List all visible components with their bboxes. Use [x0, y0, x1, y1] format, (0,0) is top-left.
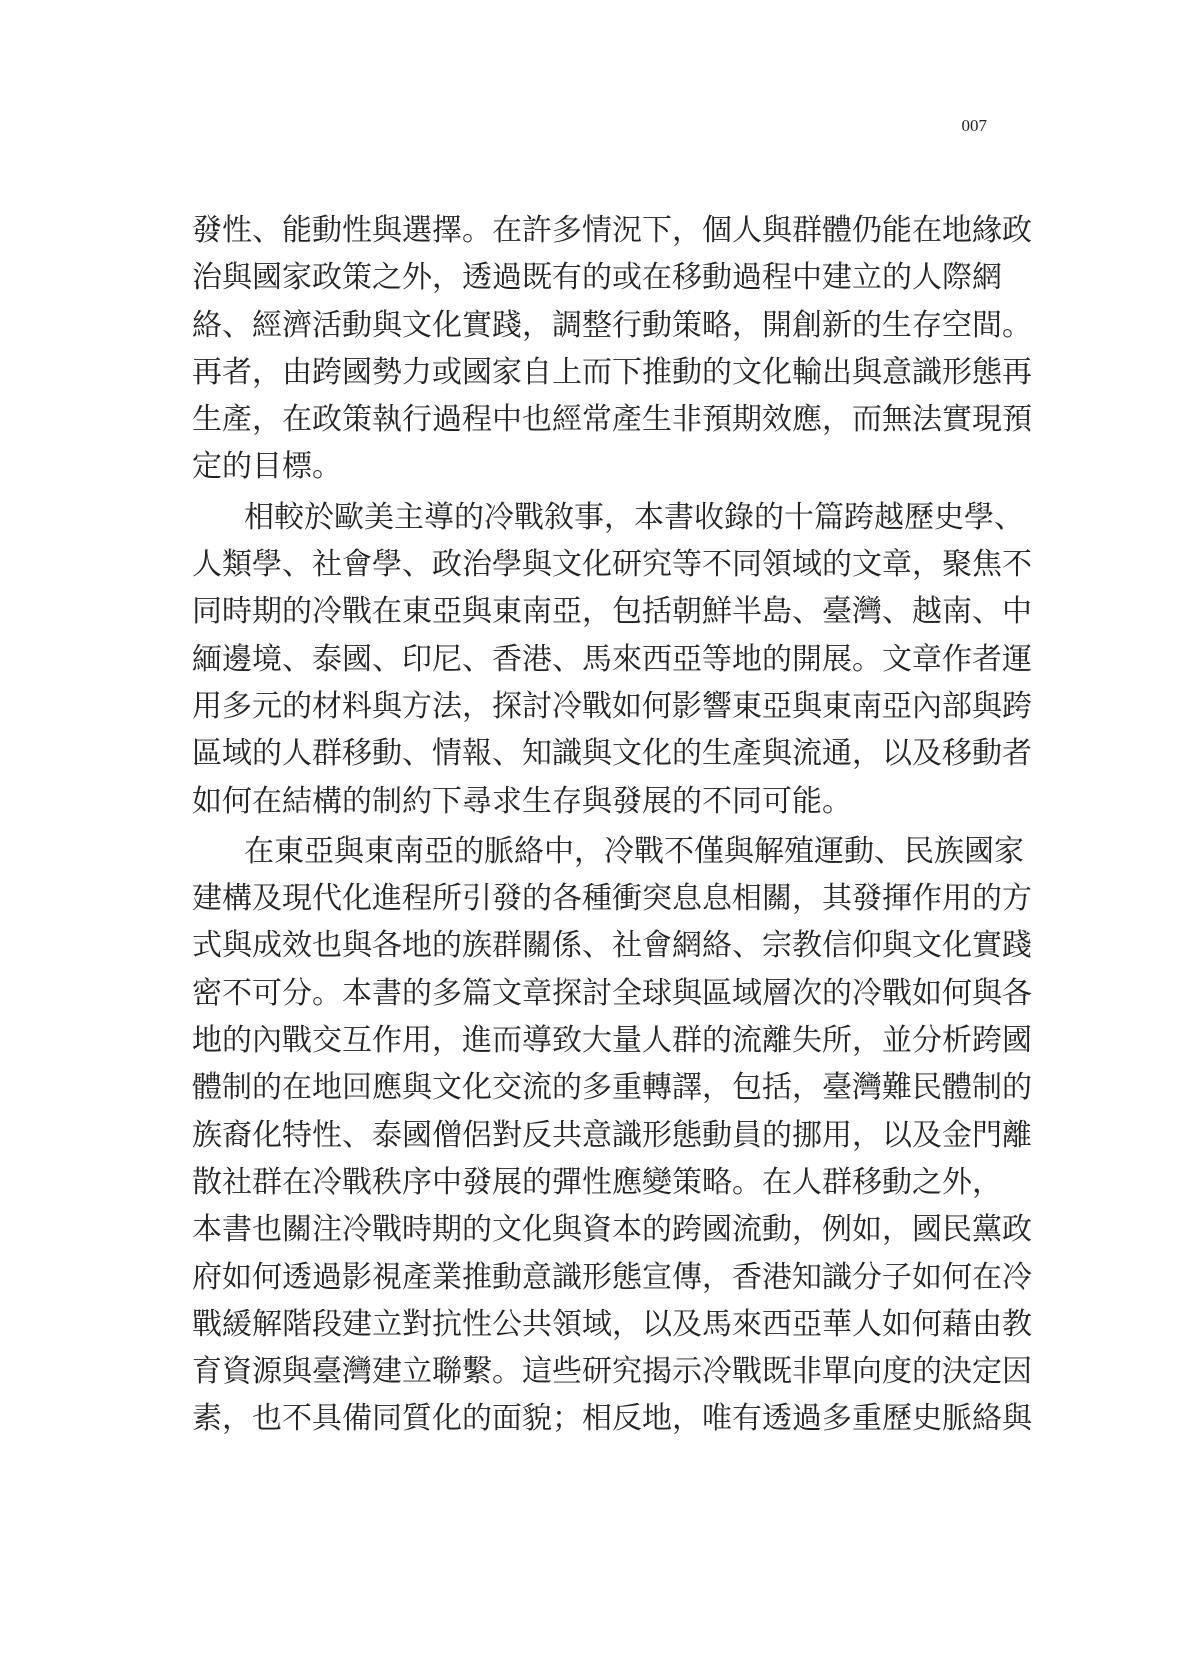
paragraph-1: 發性、能動性與選擇。在許多情況下，個人與群體仍能在地緣政 治與國家政策之外，透過…	[192, 207, 988, 491]
text-line: 地的內戰交互作用，進而導致大量人群的流離失所，並分析跨國	[192, 1017, 988, 1064]
text-line: 府如何透過影視產業推動意識形態宣傳，香港知識分子如何在冷	[192, 1254, 988, 1301]
text-line: 定的目標。	[192, 443, 988, 490]
paragraph-3: 在東亞與東南亞的脈絡中，冷戰不僅與解殖運動、民族國家 建構及現代化進程所引發的各…	[192, 828, 988, 1443]
text-line: 本書也關注冷戰時期的文化與資本的跨國流動，例如，國民黨政	[192, 1206, 988, 1253]
text-line: 素，也不具備同質化的面貌；相反地，唯有透過多重歷史脈絡與	[192, 1395, 988, 1442]
text-line: 式與成效也與各地的族群關係、社會網絡、宗教信仰與文化實踐	[192, 922, 988, 969]
text-line: 用多元的材料與方法，探討冷戰如何影響東亞與東南亞內部與跨	[192, 683, 988, 730]
text-line: 如何在結構的制約下尋求生存與發展的不同可能。	[192, 778, 988, 825]
body-text: 發性、能動性與選擇。在許多情況下，個人與群體仍能在地緣政 治與國家政策之外，透過…	[192, 207, 988, 1443]
text-line: 絡、經濟活動與文化實踐，調整行動策略，開創新的生存空間。	[192, 302, 988, 349]
text-line: 育資源與臺灣建立聯繫。這些研究揭示冷戰既非單向度的決定因	[192, 1348, 988, 1395]
text-line: 散社群在冷戰秩序中發展的彈性應變策略。在人群移動之外，	[192, 1159, 988, 1206]
text-line: 人類學、社會學、政治學與文化研究等不同領域的文章，聚焦不	[192, 541, 988, 588]
text-line: 戰緩解階段建立對抗性公共領域，以及馬來西亞華人如何藉由教	[192, 1301, 988, 1348]
page-number: 007	[940, 116, 987, 136]
text-line: 密不可分。本書的多篇文章探討全球與區域層次的冷戰如何與各	[192, 970, 988, 1017]
text-line: 區域的人群移動、情報、知識與文化的生產與流通，以及移動者	[192, 730, 988, 777]
text-line: 體制的在地回應與文化交流的多重轉譯，包括，臺灣難民體制的	[192, 1064, 988, 1111]
text-line: 建構及現代化進程所引發的各種衝突息息相關，其發揮作用的方	[192, 875, 988, 922]
text-line: 同時期的冷戰在東亞與東南亞，包括朝鮮半島、臺灣、越南、中	[192, 588, 988, 635]
paragraph-2: 相較於歐美主導的冷戰敘事，本書收錄的十篇跨越歷史學、 人類學、社會學、政治學與文…	[192, 494, 988, 825]
text-line: 相較於歐美主導的冷戰敘事，本書收錄的十篇跨越歷史學、	[192, 494, 988, 541]
text-line: 再者，由跨國勢力或國家自上而下推動的文化輸出與意識形態再	[192, 349, 988, 396]
text-line: 治與國家政策之外，透過既有的或在移動過程中建立的人際網	[192, 254, 988, 301]
text-line: 緬邊境、泰國、印尼、香港、馬來西亞等地的開展。文章作者運	[192, 636, 988, 683]
text-line: 生產，在政策執行過程中也經常產生非預期效應，而無法實現預	[192, 396, 988, 443]
text-line: 在東亞與東南亞的脈絡中，冷戰不僅與解殖運動、民族國家	[192, 828, 988, 875]
text-line: 發性、能動性與選擇。在許多情況下，個人與群體仍能在地緣政	[192, 207, 988, 254]
text-line: 族裔化特性、泰國僧侶對反共意識形態動員的挪用，以及金門離	[192, 1112, 988, 1159]
